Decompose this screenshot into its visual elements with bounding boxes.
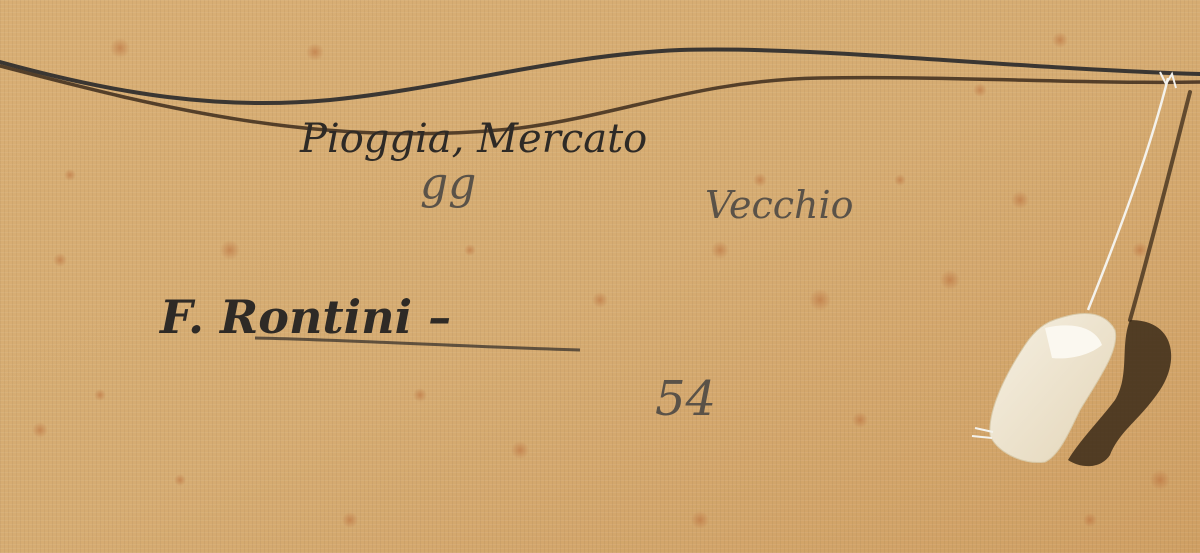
canvas-scene: Pioggia, Mercato gg Vecchio F. Rontini –… [0,0,1200,553]
inscription-title-line1: Pioggia, Mercato [299,116,647,162]
inscription-scribble: gg [420,158,476,209]
signature: F. Rontini – [158,290,451,344]
inventory-number: 54 [655,371,716,427]
canvas-back-photo: Pioggia, Mercato gg Vecchio F. Rontini –… [0,0,1200,553]
canvas-weave-texture [0,0,1200,553]
inscription-title-line2: Vecchio [705,183,854,227]
